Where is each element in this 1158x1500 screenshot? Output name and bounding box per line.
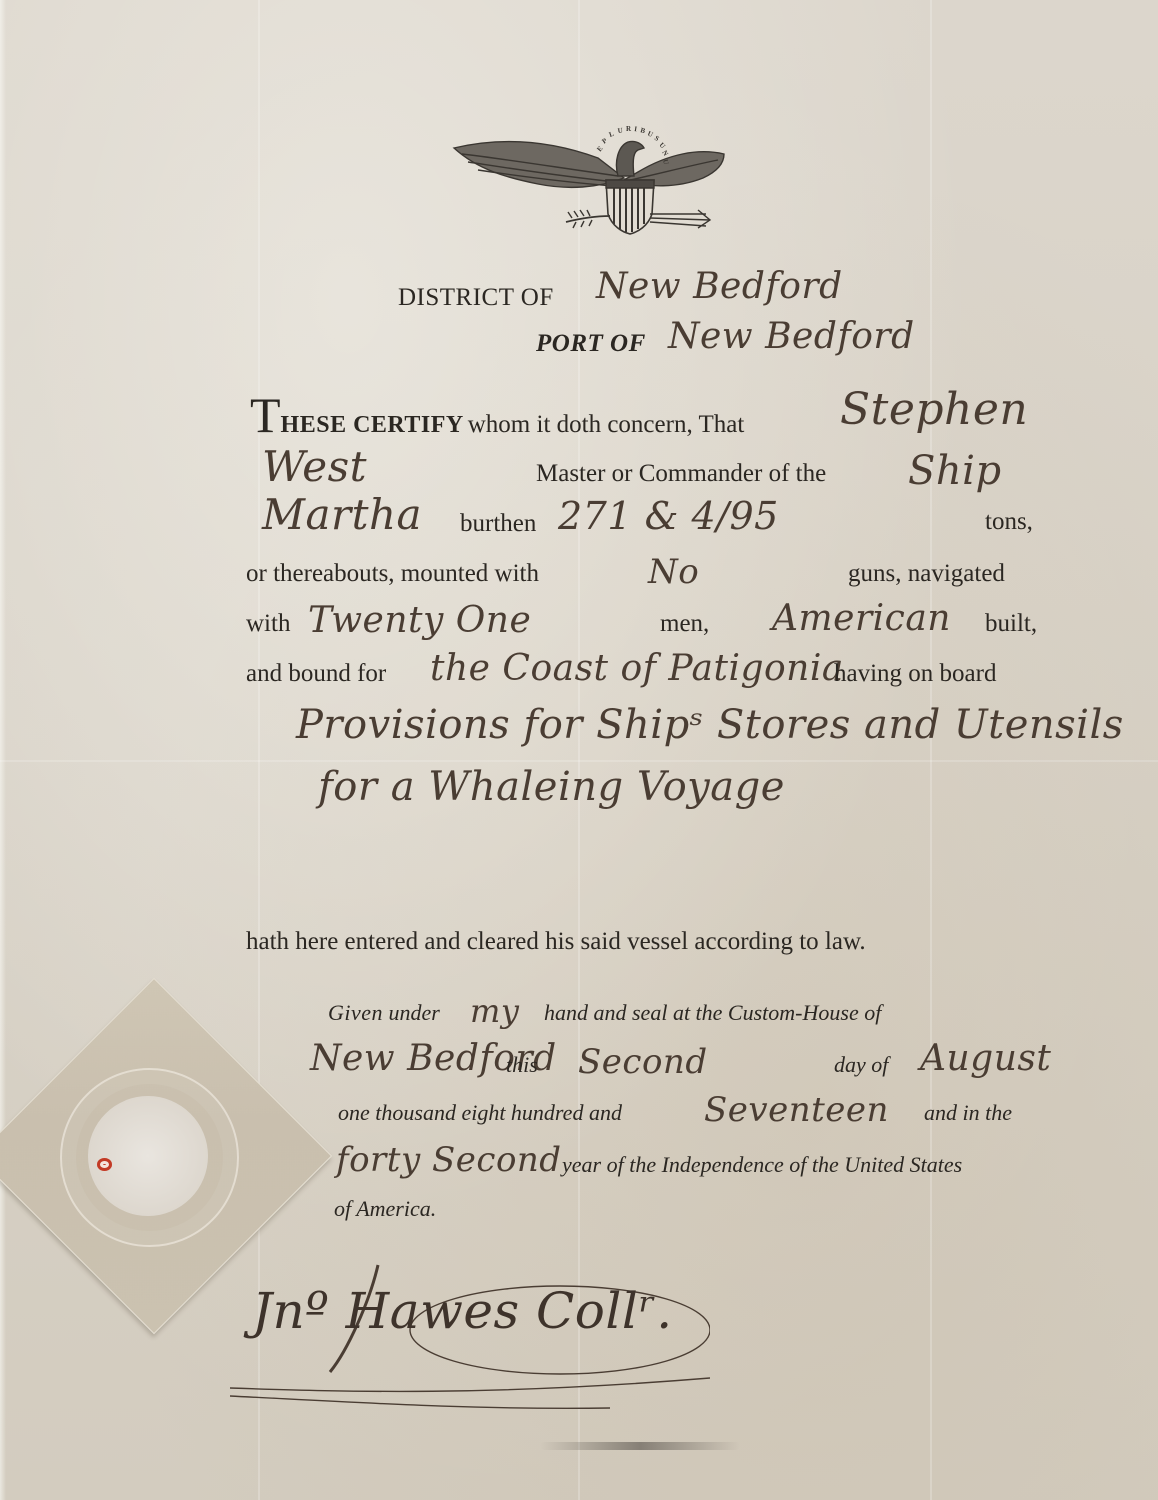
independence-year: forty Second — [336, 1140, 562, 1180]
tons-label: tons, — [985, 508, 1033, 536]
ink-smudge — [540, 1442, 740, 1450]
svg-text:I: I — [634, 125, 638, 133]
bound-text: and bound for — [246, 660, 386, 688]
given-under: under — [389, 1000, 440, 1025]
closing-statement: hath here entered and cleared his said v… — [246, 928, 866, 956]
guns-text: or thereabouts, mounted with — [246, 560, 539, 588]
district-value: New Bedford — [596, 266, 843, 307]
built-origin: American — [772, 598, 951, 639]
given-line-1: Given under — [328, 1000, 440, 1026]
svg-text:U: U — [646, 130, 654, 139]
master-last-name: West — [262, 442, 367, 491]
svg-text:U: U — [617, 126, 623, 135]
given-day: Second — [578, 1042, 708, 1082]
svg-text:L: L — [608, 130, 615, 139]
given-hand-seal: hand and seal at the Custom-House of — [544, 1000, 881, 1026]
svg-text:S: S — [653, 134, 661, 143]
certificate-paper: E P L U R I B U S U N U DISTRICT OF New … — [0, 0, 1158, 1500]
certify-text: whom it doth concern, That — [468, 411, 745, 438]
svg-text:P: P — [601, 136, 610, 145]
destination: the Coast of Patigonia — [430, 648, 844, 689]
cargo-line-1: Provisions for Shipˢ Stores and Utensils — [296, 702, 1124, 748]
svg-text:B: B — [639, 126, 646, 135]
collector-signature: Jnº Hawes Collʳ. — [252, 1282, 673, 1340]
svg-text:E: E — [595, 144, 604, 153]
vessel-name: Martha — [262, 490, 422, 539]
given-year: Seventeen — [704, 1090, 889, 1130]
lead-caps: HESE CERTIFY — [281, 412, 464, 438]
svg-text:N: N — [660, 149, 669, 157]
certify-line: THESE CERTIFY whom it doth concern, That — [250, 390, 744, 440]
tonnage-value: 271 & 4/95 — [558, 494, 779, 538]
given-my: my — [470, 992, 519, 1030]
independence-text: year of the Independence of the United S… — [562, 1152, 962, 1178]
port-value: New Bedford — [668, 316, 915, 357]
svg-text:U: U — [658, 141, 667, 150]
vessel-type: Ship — [908, 448, 1002, 494]
eagle-with-shield-icon: E P L U R I B U S U N U — [448, 118, 730, 242]
of-america: of America. — [334, 1196, 436, 1222]
crew-count: Twenty One — [308, 600, 531, 641]
master-text: Master or Commander of the — [536, 460, 826, 488]
given-month: August — [920, 1038, 1051, 1079]
seal-center — [88, 1096, 208, 1216]
given-and-in-the: and in the — [924, 1100, 1012, 1126]
given-this: this — [506, 1052, 538, 1078]
drop-cap: T — [250, 387, 281, 443]
built-text: built, — [985, 610, 1037, 638]
given-year-text: one thousand eight hundred and — [338, 1100, 622, 1126]
burthen-label: burthen — [460, 510, 536, 538]
wax-seal-dot — [97, 1158, 112, 1171]
fold-line — [930, 0, 932, 1500]
cargo-line-2: for a Whaleing Voyage — [318, 764, 785, 810]
guns-value: No — [648, 552, 699, 592]
given-day-of: day of — [834, 1052, 888, 1078]
men-text: men, — [660, 610, 709, 638]
port-label: PORT OF — [536, 330, 646, 358]
with-text: with — [246, 610, 290, 638]
on-board-text: having on board — [834, 660, 996, 688]
svg-text:R: R — [626, 125, 632, 133]
navigated-text: guns, navigated — [848, 560, 1005, 588]
fold-line — [0, 760, 1158, 762]
given-lead: Given — [328, 1000, 383, 1025]
master-first-name: Stephen — [840, 384, 1028, 435]
district-label: DISTRICT OF — [398, 284, 554, 312]
